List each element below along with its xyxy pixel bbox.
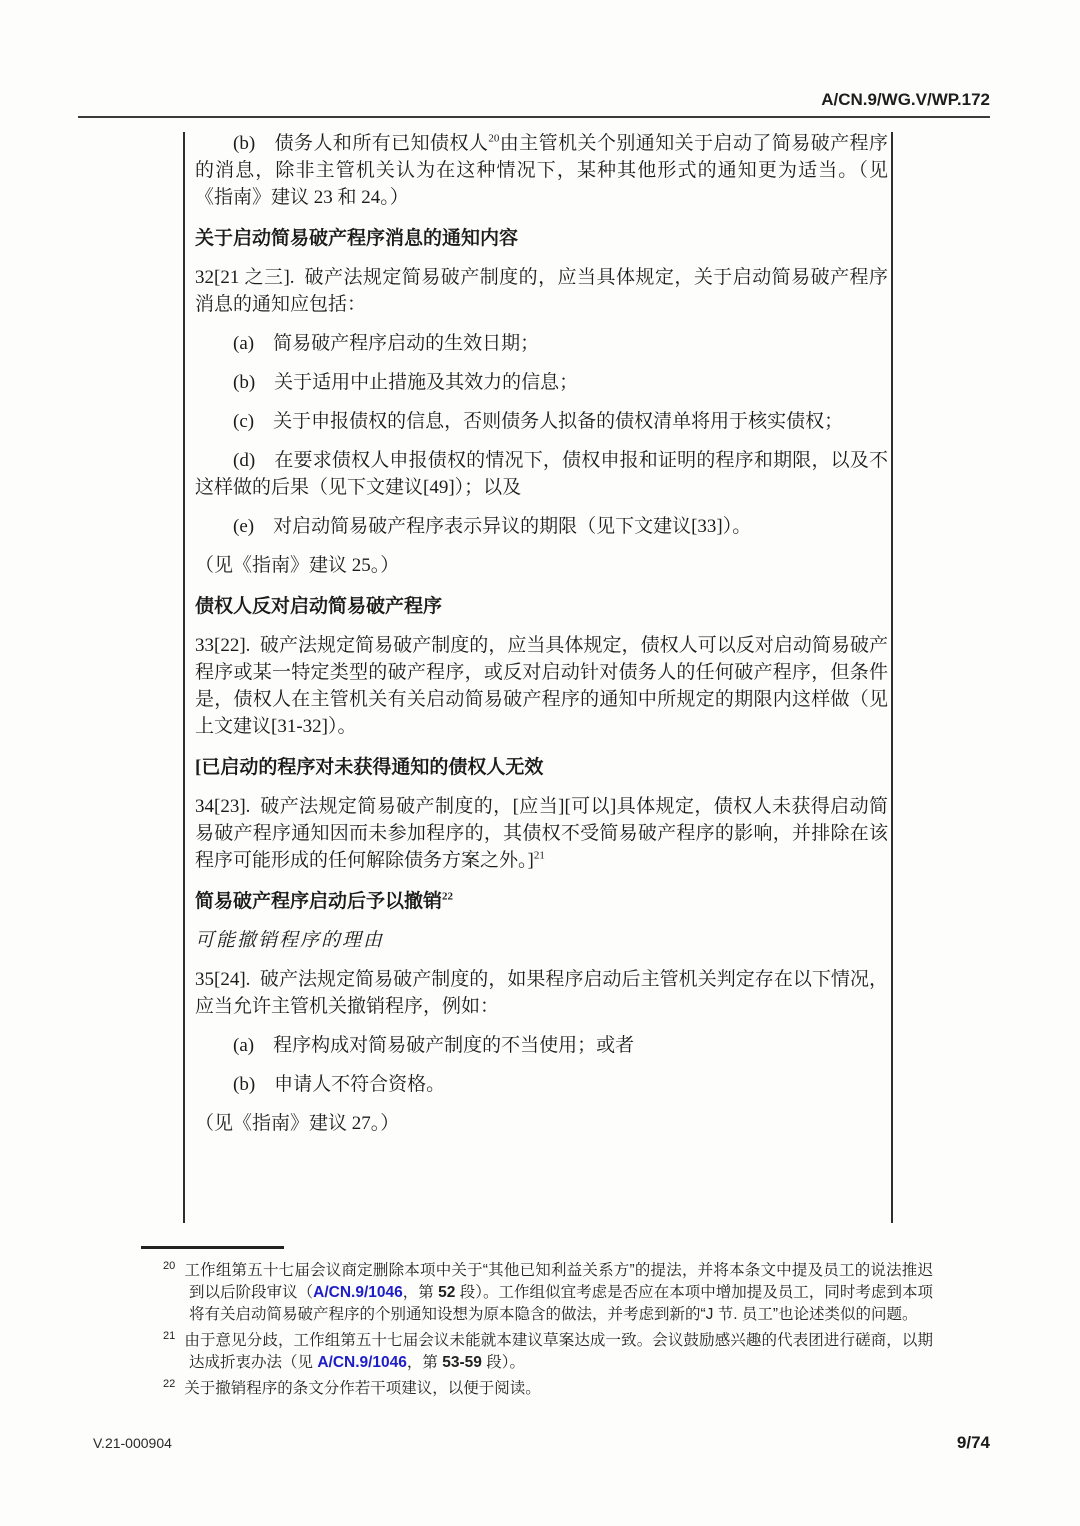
text-run: （见《指南》建议 27。） — [195, 1113, 399, 1134]
item-32-c: (c) 关于申报债权的信息，否则债务人拟备的债权清单将用于核实债权； — [195, 408, 888, 435]
guide-note-25: （见《指南》建议 25。） — [195, 552, 888, 579]
header-rule — [78, 116, 990, 118]
text-run: 32[21 之三]. 破产法规定简易破产制度的，应当具体规定，关于启动简易破产程… — [195, 267, 888, 315]
text-run: 33[22]. 破产法规定简易破产制度的，应当具体规定，债权人可以反对启动简易破… — [195, 635, 888, 737]
text-run: ，第 — [403, 1284, 438, 1301]
text-run: [已启动的程序对未获得通知的债权人无效 — [195, 757, 543, 778]
text-run: 简易破产程序启动后予以撤销 — [195, 891, 442, 912]
heading-notice-content: 关于启动简易破产程序消息的通知内容 — [195, 225, 888, 252]
document-link[interactable]: A/CN.9/1046 — [313, 1284, 403, 1301]
document-link[interactable]: A/CN.9/1046 — [317, 1354, 407, 1371]
document-symbol: A/CN.9/WG.V/WP.172 — [821, 90, 990, 110]
job-number: V.21-000904 — [93, 1435, 172, 1451]
text-run: 由于意见分歧，工作组第五十七届会议未能就本建议草案达成一致。会议鼓励感兴趣的代表… — [184, 1332, 933, 1371]
heading-uninformed-creditors: [已启动的程序对未获得通知的债权人无效 — [195, 754, 888, 781]
heading-creditor-objection: 债权人反对启动简易破产程序 — [195, 593, 888, 620]
footnote-ref: 22 — [442, 891, 453, 903]
text-run: (a) 程序构成对简易破产制度的不当使用；或者 — [233, 1035, 634, 1056]
change-bar-right — [891, 132, 893, 1223]
item-32-a: (a) 简易破产程序启动的生效日期； — [195, 330, 888, 357]
footnote-number: 20 — [163, 1260, 175, 1272]
footnote-20: 20工作组第五十七届会议商定删除本项中关于“其他已知利益关系方”的提法，并将本条… — [163, 1260, 933, 1326]
subheading-dismissal-grounds: 可能撤销程序的理由 — [195, 927, 888, 954]
guide-note-27: （见《指南》建议 27。） — [195, 1110, 888, 1137]
footnote-number: 22 — [163, 1378, 175, 1390]
footnote-ref: 21 — [534, 850, 545, 862]
document-page: A/CN.9/WG.V/WP.172 (b) 债务人和所有已知债权人20由主管机… — [0, 0, 1080, 1526]
text-run: ，第 — [407, 1354, 442, 1371]
para-b-notice: (b) 债务人和所有已知债权人20由主管机关个别通知关于启动了简易破产程序的消息… — [195, 130, 888, 211]
emphasis-text: 52 — [438, 1284, 455, 1301]
para-33: 33[22]. 破产法规定简易破产制度的，应当具体规定，债权人可以反对启动简易破… — [195, 632, 888, 740]
text-run: (b) 债务人和所有已知债权人 — [233, 133, 488, 154]
text-run: 可能撤销程序的理由 — [195, 930, 384, 951]
para-34: 34[23]. 破产法规定简易破产制度的，[应当][可以]具体规定，债权人未获得… — [195, 793, 888, 874]
document-body: (b) 债务人和所有已知债权人20由主管机关个别通知关于启动了简易破产程序的消息… — [195, 130, 888, 1149]
footnote-22: 22关于撤销程序的条文分作若干项建议，以便于阅读。 — [163, 1378, 933, 1400]
text-run: 关于启动简易破产程序消息的通知内容 — [195, 228, 518, 249]
item-32-b: (b) 关于适用中止措施及其效力的信息； — [195, 369, 888, 396]
text-run: (b) 申请人不符合资格。 — [233, 1074, 445, 1095]
text-run: (e) 对启动简易破产程序表示异议的期限（见下文建议[33]）。 — [233, 516, 751, 537]
footnote-number: 21 — [163, 1330, 175, 1342]
page-footer: V.21-000904 9/74 — [93, 1433, 990, 1453]
page-number: 9/74 — [957, 1433, 990, 1453]
text-run: 35[24]. 破产法规定简易破产制度的，如果程序启动后主管机关判定存在以下情况… — [195, 969, 888, 1017]
heading-dismissal: 简易破产程序启动后予以撤销22 — [195, 888, 888, 915]
text-run: （见《指南》建议 25。） — [195, 555, 399, 576]
text-run: (c) 关于申报债权的信息，否则债务人拟备的债权清单将用于核实债权； — [233, 411, 843, 432]
text-run: (a) 简易破产程序启动的生效日期； — [233, 333, 539, 354]
item-35-a: (a) 程序构成对简易破产制度的不当使用；或者 — [195, 1032, 888, 1059]
para-35: 35[24]. 破产法规定简易破产制度的，如果程序启动后主管机关判定存在以下情况… — [195, 966, 888, 1020]
item-32-d: (d) 在要求债权人申报债权的情况下，债权申报和证明的程序和期限，以及不这样做的… — [195, 447, 888, 501]
text-run: (b) 关于适用中止措施及其效力的信息； — [233, 372, 578, 393]
item-35-b: (b) 申请人不符合资格。 — [195, 1071, 888, 1098]
emphasis-text: 53-59 — [442, 1354, 482, 1371]
para-32: 32[21 之三]. 破产法规定简易破产制度的，应当具体规定，关于启动简易破产程… — [195, 264, 888, 318]
footnote-separator — [141, 1246, 284, 1249]
item-32-e: (e) 对启动简易破产程序表示异议的期限（见下文建议[33]）。 — [195, 513, 888, 540]
footnotes: 20工作组第五十七届会议商定删除本项中关于“其他已知利益关系方”的提法，并将本条… — [163, 1260, 933, 1404]
text-run: 关于撤销程序的条文分作若干项建议，以便于阅读。 — [184, 1380, 541, 1397]
text-run: 段）。 — [482, 1354, 525, 1371]
text-run: 债权人反对启动简易破产程序 — [195, 596, 442, 617]
footnote-21: 21由于意见分歧，工作组第五十七届会议未能就本建议草案达成一致。会议鼓励感兴趣的… — [163, 1330, 933, 1374]
footnote-ref: 20 — [488, 133, 499, 145]
change-bar-left — [183, 132, 185, 1223]
text-run: (d) 在要求债权人申报债权的情况下，债权申报和证明的程序和期限，以及不这样做的… — [195, 450, 888, 498]
